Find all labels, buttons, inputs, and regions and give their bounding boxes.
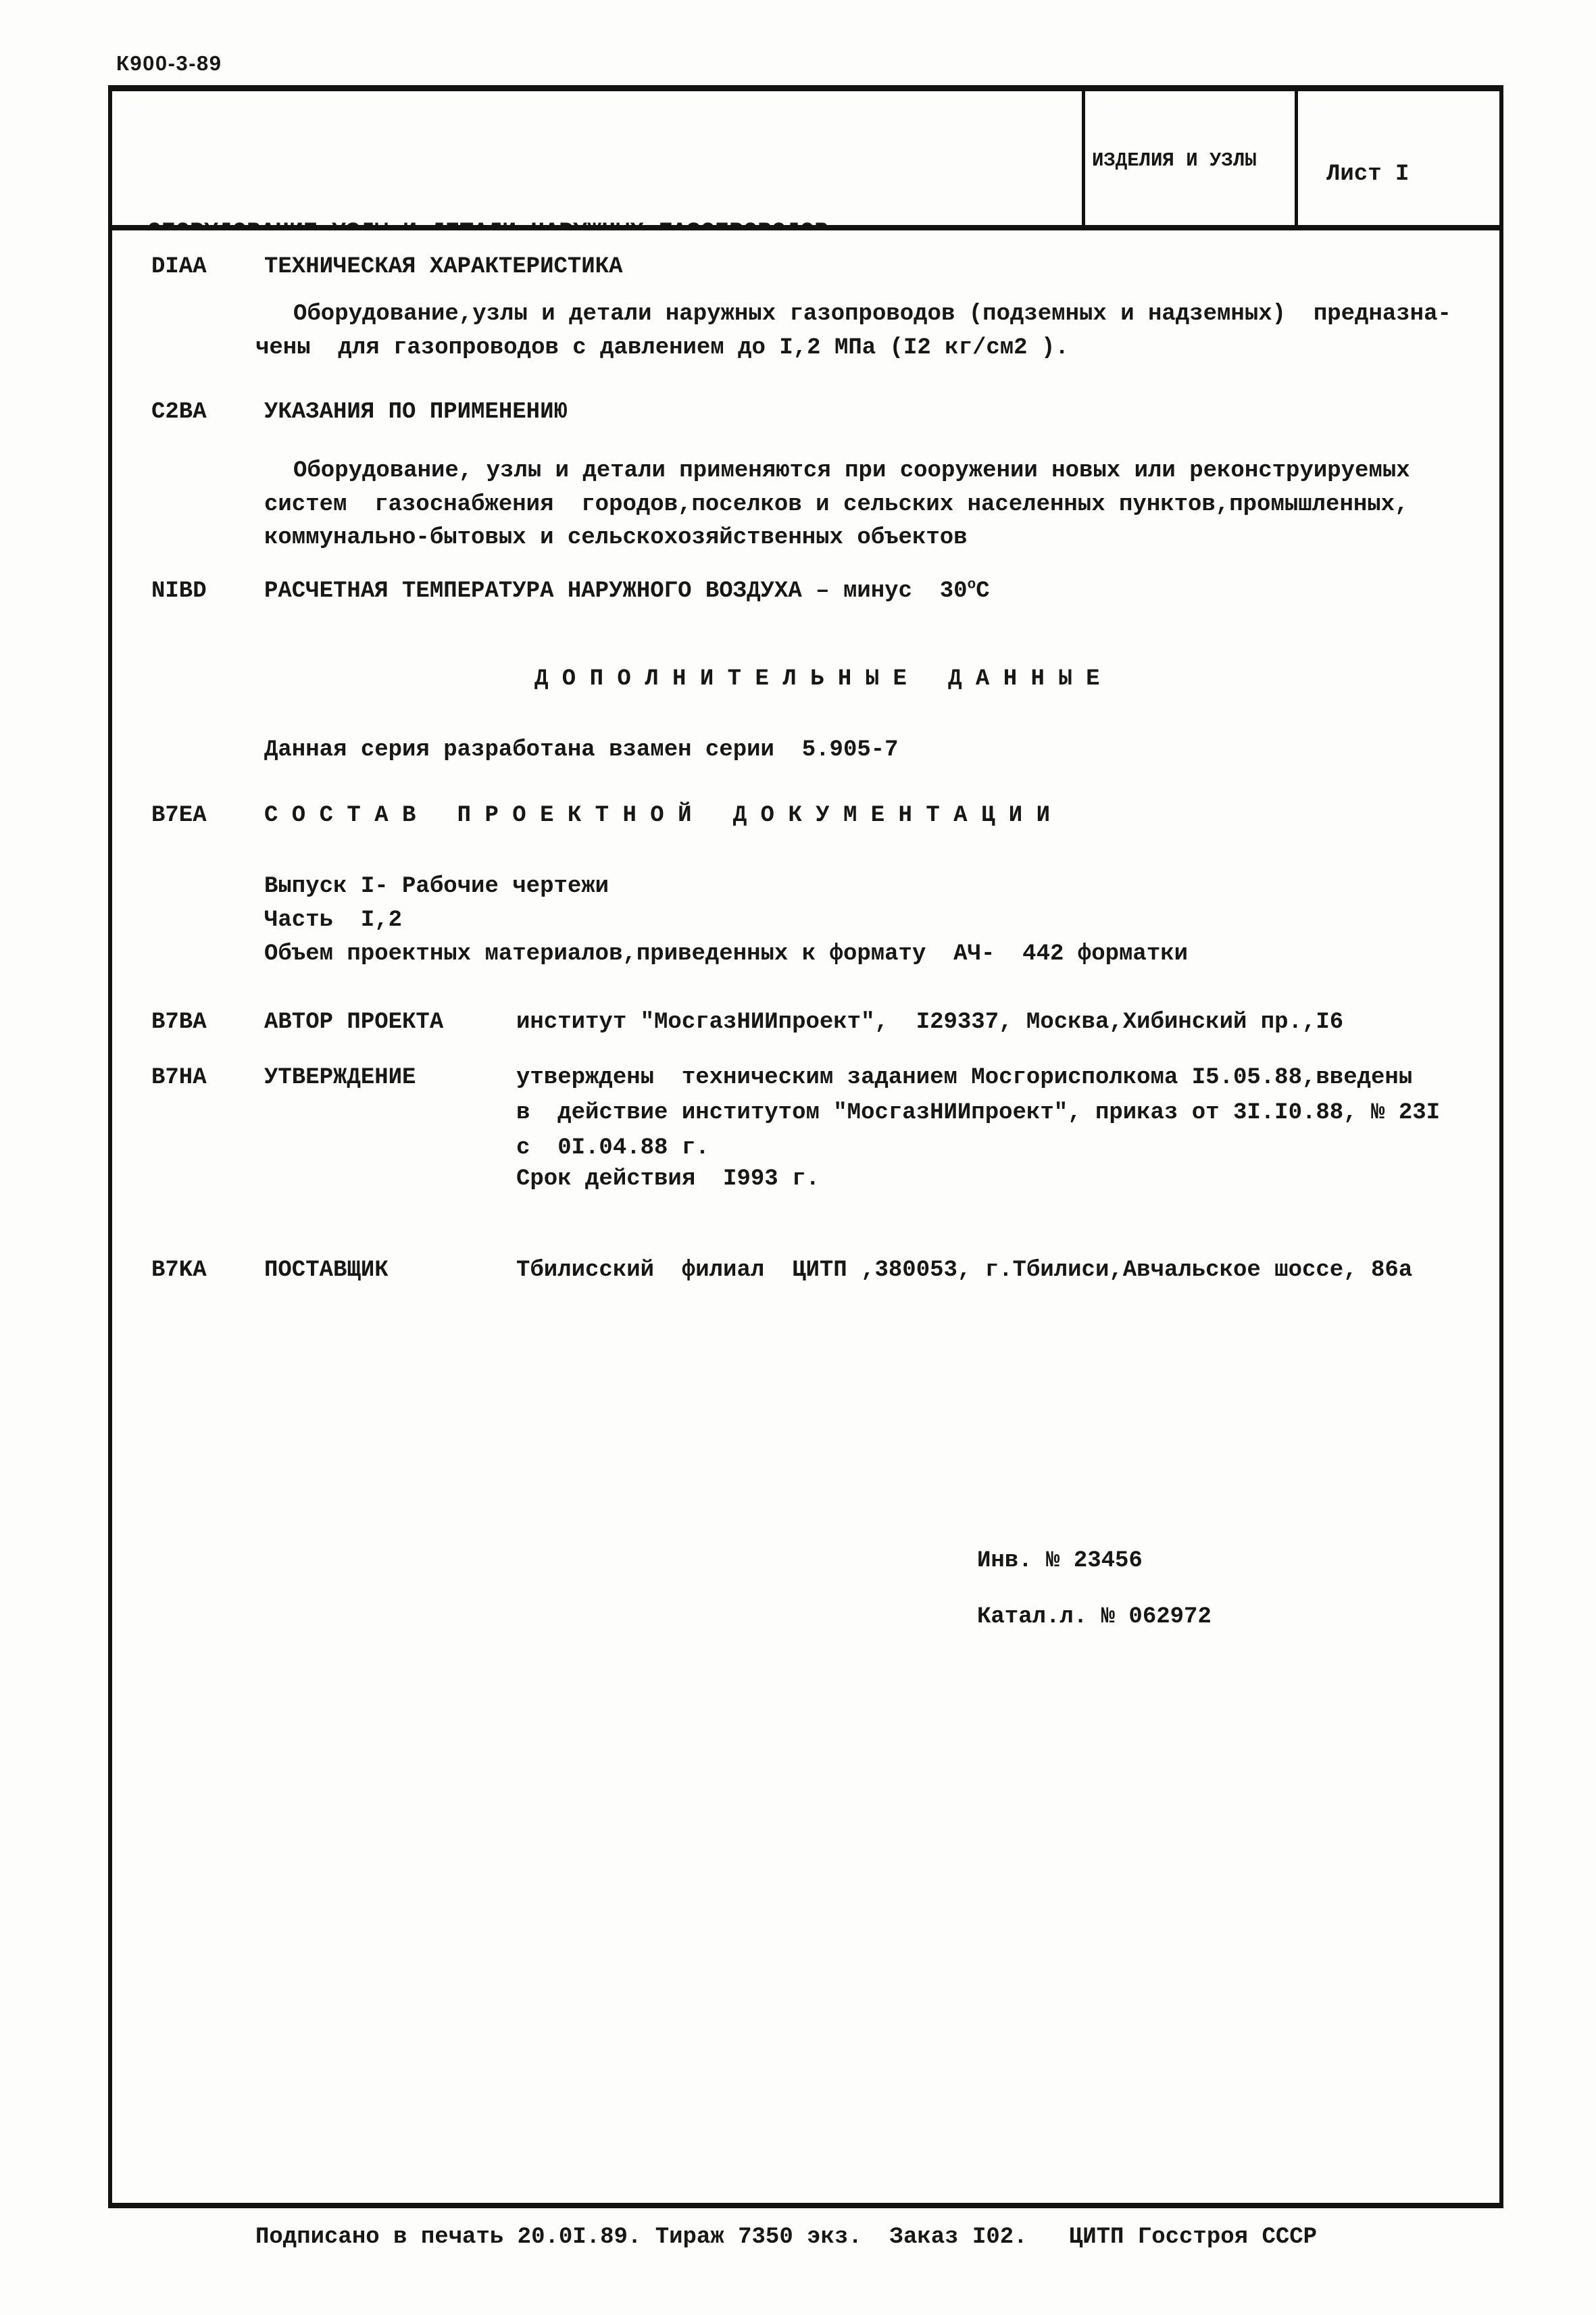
sheet-frame: ОБОРУДОВАНИЕ,УЗЛЫ И ДЕТАЛИ НАРУЖНЫХ ГАЗО… xyxy=(108,85,1503,2208)
document-body: DIAA ТЕХНИЧЕСКАЯ ХАРАКТЕРИСТИКА Оборудов… xyxy=(112,91,1499,2203)
composition-line-2: Часть I,2 xyxy=(264,906,402,935)
composition-line-1: Выпуск I- Рабочие чертежи xyxy=(264,872,609,901)
approval-line-2: в действие институтом "МосгазНИИпроект",… xyxy=(516,1099,1440,1127)
section-code-author: B7BA xyxy=(151,1008,207,1037)
usage-paragraph-line-1: Оборудование, узлы и детали применяются … xyxy=(293,457,1410,485)
approval-label: УТВЕРЖДЕНИЕ xyxy=(264,1064,416,1092)
document-code: К900-3-89 xyxy=(116,51,222,76)
scanned-document-page: К900-3-89 ОБОРУДОВАНИЕ,УЗЛЫ И ДЕТАЛИ НАР… xyxy=(0,0,1596,2315)
section-title-tech: ТЕХНИЧЕСКАЯ ХАРАКТЕРИСТИКА xyxy=(264,253,623,281)
design-temperature-line: РАСЧЕТНАЯ ТЕМПЕРАТУРА НАРУЖНОГО ВОЗДУХА … xyxy=(264,577,990,605)
section-title-usage: УКАЗАНИЯ ПО ПРИМЕНЕНИЮ xyxy=(264,398,568,426)
supplier-value: Тбилисский филиал ЦИТП ,380053, г.Тбилис… xyxy=(516,1256,1412,1285)
supplier-label: ПОСТАВЩИК xyxy=(264,1256,389,1285)
inventory-number: Инв. № 23456 xyxy=(977,1547,1143,1575)
section-code-usage: C2BA xyxy=(151,398,207,426)
catalog-number: Катал.л. № 062972 xyxy=(977,1603,1212,1631)
section-code-supplier: B7KA xyxy=(151,1256,207,1285)
temperature-text: РАСЧЕТНАЯ ТЕМПЕРАТУРА НАРУЖНОГО ВОЗДУХА … xyxy=(264,578,968,604)
section-code-temperature: NIBD xyxy=(151,577,207,605)
composition-line-3: Объем проектных материалов,приведенных к… xyxy=(264,940,1188,968)
series-replaced-note: Данная серия разработана взамен серии 5.… xyxy=(264,736,899,764)
degree-mark: о xyxy=(968,578,976,593)
additional-data-title: Д О П О Л Н И Т Е Л Ь Н Ы Е Д А Н Н Ы Е xyxy=(534,665,1100,693)
print-imprint: Подписано в печать 20.0I.89. Тираж 7350 … xyxy=(255,2224,1317,2250)
section-code-approval: B7HA xyxy=(151,1064,207,1092)
usage-paragraph-line-2: систем газоснабжения городов,поселков и … xyxy=(264,491,1408,519)
section-code-composition: B7EA xyxy=(151,801,207,830)
section-title-composition: С О С Т А В П Р О Е К Т Н О Й Д О К У М … xyxy=(264,801,1050,830)
author-label: АВТОР ПРОЕКТА xyxy=(264,1008,443,1037)
author-value: институт "МосгазНИИпроект", I29337, Моск… xyxy=(516,1008,1343,1037)
approval-line-3: с 0I.04.88 г. xyxy=(516,1134,709,1162)
section-code-tech: DIAA xyxy=(151,253,207,281)
usage-paragraph-line-3: коммунально-бытовых и сельскохозяйственн… xyxy=(264,524,968,552)
approval-line-1: утверждены техническим заданием Мосгорис… xyxy=(516,1064,1412,1092)
tech-paragraph-line-1: Оборудование,узлы и детали наружных газо… xyxy=(293,300,1451,328)
temperature-unit: С xyxy=(976,578,989,604)
tech-paragraph-line-2: чены для газопроводов с давлением до I,2… xyxy=(255,334,1069,362)
approval-line-4: Срок действия I993 г. xyxy=(516,1165,820,1193)
